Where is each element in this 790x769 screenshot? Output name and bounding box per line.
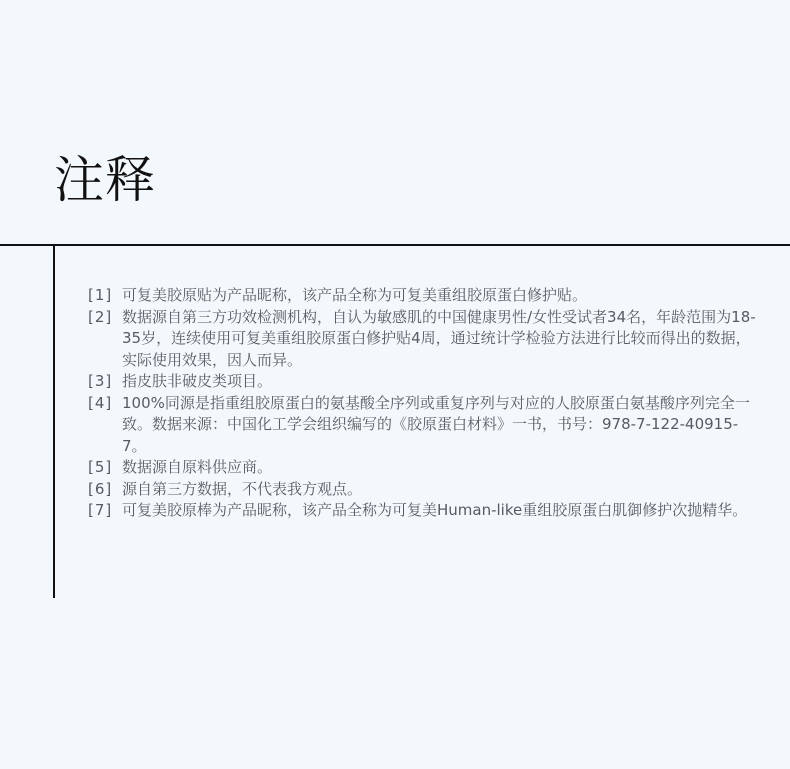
note-text: 指皮肤非破皮类项目。 [122, 371, 758, 393]
note-marker: [7] [88, 500, 122, 522]
vertical-divider [53, 244, 55, 598]
note-text: 源自第三方数据，不代表我方观点。 [122, 479, 758, 501]
note-marker: [5] [88, 457, 122, 479]
note-item-7: [7] 可复美胶原棒为产品昵称，该产品全称为可复美Human-like重组胶原蛋… [88, 500, 758, 522]
note-text: 可复美胶原棒为产品昵称，该产品全称为可复美Human-like重组胶原蛋白肌御修… [122, 500, 758, 522]
note-item-5: [5] 数据源自原料供应商。 [88, 457, 758, 479]
note-marker: [6] [88, 479, 122, 501]
note-text: 数据源自原料供应商。 [122, 457, 758, 479]
note-item-4: [4] 100%同源是指重组胶原蛋白的氨基酸全序列或重复序列与对应的人胶原蛋白氨… [88, 393, 758, 458]
note-item-3: [3] 指皮肤非破皮类项目。 [88, 371, 758, 393]
note-item-1: [1] 可复美胶原贴为产品昵称，该产品全称为可复美重组胶原蛋白修护贴。 [88, 285, 758, 307]
horizontal-divider [0, 244, 790, 246]
note-item-6: [6] 源自第三方数据，不代表我方观点。 [88, 479, 758, 501]
page-title: 注释 [54, 148, 156, 212]
note-item-2: [2] 数据源自第三方功效检测机构，自认为敏感肌的中国健康男性/女性受试者34名… [88, 307, 758, 372]
note-text: 数据源自第三方功效检测机构，自认为敏感肌的中国健康男性/女性受试者34名，年龄范… [122, 307, 758, 372]
note-text: 100%同源是指重组胶原蛋白的氨基酸全序列或重复序列与对应的人胶原蛋白氨基酸序列… [122, 393, 758, 458]
note-marker: [4] [88, 393, 122, 415]
note-marker: [3] [88, 371, 122, 393]
note-text: 可复美胶原贴为产品昵称，该产品全称为可复美重组胶原蛋白修护贴。 [122, 285, 758, 307]
note-marker: [2] [88, 307, 122, 329]
notes-list: [1] 可复美胶原贴为产品昵称，该产品全称为可复美重组胶原蛋白修护贴。 [2] … [88, 285, 758, 522]
note-marker: [1] [88, 285, 122, 307]
